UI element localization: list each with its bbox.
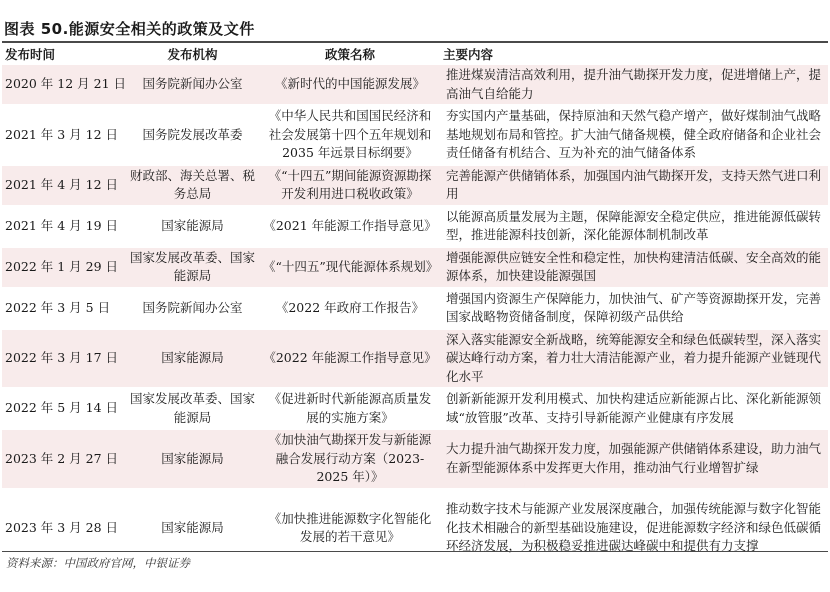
cell-date: 2022 年 5 月 14 日 [2, 388, 125, 429]
policy-table: 发布时间 发布机构 政策名称 主要内容 2020 年 12 月 21 日 国务院… [2, 43, 828, 567]
cell-date: 2022 年 3 月 17 日 [2, 329, 125, 389]
cell-org: 国家能源局 [125, 206, 260, 247]
header-content: 主要内容 [440, 43, 828, 65]
cell-content: 完善能源产供储销体系，加强国内油气勘探开发，支持天然气进口利用 [440, 165, 828, 206]
cell-policy-name: 《促进新时代新能源高质量发展的实施方案》 [260, 388, 440, 429]
cell-content: 夯实国内产量基础，保持原油和天然气稳产增产，做好煤制油气战略基地规划布局和管控。… [440, 105, 828, 165]
cell-org: 国家发展改革委、国家能源局 [125, 388, 260, 429]
cell-org: 国家能源局 [125, 429, 260, 489]
source-note: 资料来源：中国政府官网，中银证券 [6, 555, 190, 571]
cell-policy-name: 《2022 年能源工作指导意见》 [260, 329, 440, 389]
cell-content: 推进煤炭清洁高效利用，提升油气勘探开发力度，促进增储上产，提高油气自给能力 [440, 65, 828, 105]
cell-org: 国务院新闻办公室 [125, 65, 260, 105]
cell-date: 2021 年 4 月 19 日 [2, 206, 125, 247]
cell-content: 以能源高质量发展为主题，保障能源安全稳定供应，推进能源低碳转型，推进能源科技创新… [440, 206, 828, 247]
figure-title: 图表 50.能源安全相关的政策及文件 [4, 18, 255, 39]
table-bottom-rule [2, 551, 828, 552]
cell-date: 2022 年 1 月 29 日 [2, 247, 125, 288]
cell-date: 2021 年 3 月 12 日 [2, 105, 125, 165]
cell-content: 深入落实能源安全新战略，统筹能源安全和绿色低碳转型，深入落实碳达峰行动方案，着力… [440, 329, 828, 389]
cell-policy-name: 《2021 年能源工作指导意见》 [260, 206, 440, 247]
table-row: 2021 年 4 月 12 日 财政部、海关总署、税务总局 《“十四五”期间能源… [2, 165, 828, 206]
cell-policy-name: 《中华人民共和国国民经济和社会发展第十四个五年规划和 2035 年远景目标纲要》 [260, 105, 440, 165]
cell-date: 2021 年 4 月 12 日 [2, 165, 125, 206]
header-org: 发布机构 [125, 43, 260, 65]
cell-content: 大力提升油气勘探开发力度，加强能源产供储销体系建设，助力油气在新型能源体系中发挥… [440, 429, 828, 489]
table-row: 2022 年 3 月 17 日 国家能源局 《2022 年能源工作指导意见》 深… [2, 329, 828, 389]
cell-org: 国家能源局 [125, 329, 260, 389]
cell-content: 创新新能源开发利用模式、加快构建适应新能源占比、深化新能源领域“放管服”改革、支… [440, 388, 828, 429]
cell-policy-name: 《“十四五”现代能源体系规划》 [260, 247, 440, 288]
cell-policy-name: 《新时代的中国能源发展》 [260, 65, 440, 105]
cell-policy-name: 《2022 年政府工作报告》 [260, 288, 440, 329]
table-row: 2021 年 3 月 12 日 国务院发展改革委 《中华人民共和国国民经济和社会… [2, 105, 828, 165]
table-header-row: 发布时间 发布机构 政策名称 主要内容 [2, 43, 828, 65]
cell-org: 国务院新闻办公室 [125, 288, 260, 329]
table-row: 2020 年 12 月 21 日 国务院新闻办公室 《新时代的中国能源发展》 推… [2, 65, 828, 105]
cell-policy-name: 《加快推进能源数字化智能化发展的若干意见》 [260, 489, 440, 567]
table-row: 2023 年 2 月 27 日 国家能源局 《加快油气勘探开发与新能源融合发展行… [2, 429, 828, 489]
cell-policy-name: 《“十四五”期间能源资源勘探开发利用进口税收政策》 [260, 165, 440, 206]
table-row: 2021 年 4 月 19 日 国家能源局 《2021 年能源工作指导意见》 以… [2, 206, 828, 247]
cell-date: 2023 年 2 月 27 日 [2, 429, 125, 489]
cell-org: 国务院发展改革委 [125, 105, 260, 165]
cell-policy-name: 《加快油气勘探开发与新能源融合发展行动方案（2023-2025 年）》 [260, 429, 440, 489]
table-row: 2022 年 5 月 14 日 国家发展改革委、国家能源局 《促进新时代新能源高… [2, 388, 828, 429]
cell-content: 推动数字技术与能源产业发展深度融合，加强传统能源与数字化智能化技术相融合的新型基… [440, 489, 828, 567]
cell-content: 增强能源供应链安全性和稳定性，加快构建清洁低碳、安全高效的能源体系，加快建设能源… [440, 247, 828, 288]
cell-date: 2022 年 3 月 5 日 [2, 288, 125, 329]
header-date: 发布时间 [2, 43, 125, 65]
cell-date: 2020 年 12 月 21 日 [2, 65, 125, 105]
cell-org: 国家发展改革委、国家能源局 [125, 247, 260, 288]
cell-org: 财政部、海关总署、税务总局 [125, 165, 260, 206]
table-row: 2022 年 3 月 5 日 国务院新闻办公室 《2022 年政府工作报告》 增… [2, 288, 828, 329]
header-policy-name: 政策名称 [260, 43, 440, 65]
table-row: 2022 年 1 月 29 日 国家发展改革委、国家能源局 《“十四五”现代能源… [2, 247, 828, 288]
cell-content: 增强国内资源生产保障能力，加快油气、矿产等资源勘探开发，完善国家战略物资储备制度… [440, 288, 828, 329]
